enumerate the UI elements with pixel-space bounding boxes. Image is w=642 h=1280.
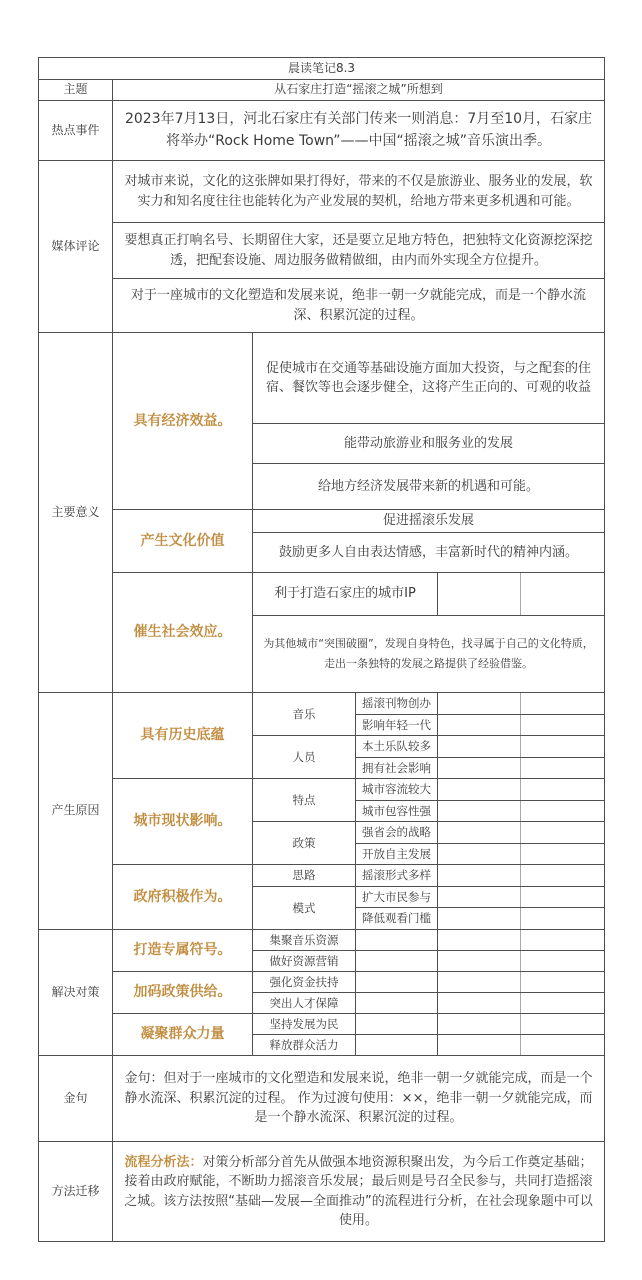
cause-subcategory: 思路 bbox=[253, 865, 356, 887]
empty-cell bbox=[438, 693, 521, 715]
solution-item: 集聚音乐资源 bbox=[253, 930, 356, 951]
cause-heading-history: 具有历史底蕴 bbox=[113, 693, 253, 779]
empty-cell bbox=[438, 844, 521, 865]
table-row: 解决对策 打造专属符号。 集聚音乐资源 bbox=[39, 930, 605, 951]
significance-heading-economic: 具有经济效益。 bbox=[113, 333, 253, 510]
row-label-method-transfer: 方法迁移 bbox=[39, 1142, 113, 1242]
empty-cell bbox=[438, 758, 521, 779]
row-label-theme: 主题 bbox=[39, 80, 113, 101]
empty-cell bbox=[521, 972, 605, 993]
cause-heading-government: 政府积极作为。 bbox=[113, 865, 253, 930]
table-row: 方法迁移 流程分析法：对策分析部分首先从做强本地资源积聚出发，为今后工作奠定基础… bbox=[39, 1142, 605, 1242]
empty-cell bbox=[521, 801, 605, 822]
cause-subcategory: 特点 bbox=[253, 779, 356, 822]
table-row: 媒体评论 对城市来说，文化的这张牌如果打得好，带来的不仅是旅游业、服务业的发展，… bbox=[39, 161, 605, 223]
empty-cell bbox=[438, 1014, 521, 1035]
empty-cell bbox=[438, 908, 521, 930]
empty-cell bbox=[521, 1035, 605, 1056]
table-row: 催生社会效应。 利于打造石家庄的城市IP bbox=[39, 573, 605, 616]
empty-cell bbox=[356, 972, 438, 993]
cause-item: 摇滚刊物创办 bbox=[356, 693, 438, 715]
empty-cell bbox=[438, 951, 521, 972]
cause-item: 开放自主发展 bbox=[356, 844, 438, 865]
media-comment: 对于一座城市的文化塑造和发展来说，绝非一朝一夕就能完成，而是一个静水流深、积累沉… bbox=[113, 279, 605, 333]
cause-item: 降低观看门槛 bbox=[356, 908, 438, 930]
significance-item: 利于打造石家庄的城市IP bbox=[253, 573, 438, 616]
empty-cell bbox=[438, 801, 521, 822]
empty-cell bbox=[521, 993, 605, 1014]
empty-cell bbox=[438, 715, 521, 736]
table-row: 城市现状影响。 特点 城市容流较大 bbox=[39, 779, 605, 801]
empty-cell bbox=[438, 779, 521, 801]
empty-cell bbox=[521, 779, 605, 801]
media-comment: 对城市来说，文化的这张牌如果打得好，带来的不仅是旅游业、服务业的发展，软实力和知… bbox=[113, 161, 605, 223]
empty-cell bbox=[356, 1014, 438, 1035]
cause-item: 城市包容性强 bbox=[356, 801, 438, 822]
empty-cell bbox=[521, 822, 605, 844]
cause-item: 强省会的战略 bbox=[356, 822, 438, 844]
cause-heading-city-status: 城市现状影响。 bbox=[113, 779, 253, 865]
cause-subcategory: 模式 bbox=[253, 887, 356, 930]
empty-cell bbox=[521, 930, 605, 951]
hot-event-value: 2023年7月13日，河北石家庄有关部门传来一则消息：7月至10月，石家庄将举办… bbox=[113, 101, 605, 161]
solution-item: 释放群众活力 bbox=[253, 1035, 356, 1056]
significance-item: 给地方经济发展带来新的机遇和可能。 bbox=[253, 464, 605, 510]
cause-item: 城市容流较大 bbox=[356, 779, 438, 801]
empty-cell bbox=[521, 693, 605, 715]
solution-item: 坚持发展为民 bbox=[253, 1014, 356, 1035]
page-title: 晨读笔记8.3 bbox=[39, 58, 605, 80]
row-label-causes: 产生原因 bbox=[39, 693, 113, 930]
empty-cell bbox=[438, 865, 521, 887]
media-comment: 要想真正打响名号、长期留住大家，还是要立足地方特色，把独特文化资源挖深挖透，把配… bbox=[113, 223, 605, 279]
cause-subcategory: 音乐 bbox=[253, 693, 356, 736]
empty-cell bbox=[438, 993, 521, 1014]
significance-item: 促进摇滚乐发展 bbox=[253, 510, 605, 533]
cause-item: 影响年轻一代 bbox=[356, 715, 438, 736]
table-row: 凝聚群众力量 坚持发展为民 bbox=[39, 1014, 605, 1035]
empty-cell bbox=[438, 822, 521, 844]
row-label-hot-event: 热点事件 bbox=[39, 101, 113, 161]
empty-cell bbox=[356, 930, 438, 951]
notes-sheet: 晨读笔记8.3 主题 从石家庄打造“摇滚之城”所想到 热点事件 2023年7月1… bbox=[38, 57, 605, 1242]
empty-cell bbox=[438, 1035, 521, 1056]
solution-heading-policy: 加码政策供给。 bbox=[113, 972, 253, 1014]
table-row: 产生文化价值 促进摇滚乐发展 bbox=[39, 510, 605, 533]
row-label-solutions: 解决对策 bbox=[39, 930, 113, 1056]
solution-item: 做好资源营销 bbox=[253, 951, 356, 972]
table-row: 主题 从石家庄打造“摇滚之城”所想到 bbox=[39, 80, 605, 101]
empty-cell bbox=[521, 758, 605, 779]
cause-item: 摇滚形式多样 bbox=[356, 865, 438, 887]
table-row: 热点事件 2023年7月13日，河北石家庄有关部门传来一则消息：7月至10月，石… bbox=[39, 101, 605, 161]
cause-item: 本土乐队较多 bbox=[356, 736, 438, 758]
significance-item: 鼓励更多人自由表达情感，丰富新时代的精神内涵。 bbox=[253, 533, 605, 573]
row-label-significance: 主要意义 bbox=[39, 333, 113, 693]
empty-cell bbox=[521, 865, 605, 887]
empty-cell bbox=[521, 844, 605, 865]
table-row: 政府积极作为。 思路 摇滚形式多样 bbox=[39, 865, 605, 887]
significance-heading-social: 催生社会效应。 bbox=[113, 573, 253, 693]
empty-cell bbox=[356, 951, 438, 972]
row-label-golden-sentence: 金句 bbox=[39, 1056, 113, 1142]
empty-cell bbox=[438, 887, 521, 908]
table-row: 晨读笔记8.3 bbox=[39, 58, 605, 80]
table-row: 加码政策供给。 强化资金扶持 bbox=[39, 972, 605, 993]
cause-subcategory: 政策 bbox=[253, 822, 356, 865]
empty-cell bbox=[356, 993, 438, 1014]
significance-item: 能带动旅游业和服务业的发展 bbox=[253, 424, 605, 464]
empty-cell bbox=[521, 736, 605, 758]
significance-item: 为其他城市“突围破圈”，发现自身特色，找寻属于自己的文化特质，走出一条独特的发展… bbox=[253, 616, 605, 693]
method-transfer-value: 流程分析法：对策分析部分首先从做强本地资源积聚出发，为今后工作奠定基础；接着由政… bbox=[113, 1142, 605, 1242]
solution-item: 突出人才保障 bbox=[253, 993, 356, 1014]
empty-cell bbox=[521, 573, 605, 616]
row-label-media-comments: 媒体评论 bbox=[39, 161, 113, 333]
significance-heading-cultural: 产生文化价值 bbox=[113, 510, 253, 573]
solution-heading-symbol: 打造专属符号。 bbox=[113, 930, 253, 972]
table-row: 要想真正打响名号、长期留住大家，还是要立足地方特色，把独特文化资源挖深挖透，把配… bbox=[39, 223, 605, 279]
empty-cell bbox=[521, 908, 605, 930]
empty-cell bbox=[438, 736, 521, 758]
empty-cell bbox=[438, 573, 521, 616]
table-row: 对于一座城市的文化塑造和发展来说，绝非一朝一夕就能完成，而是一个静水流深、积累沉… bbox=[39, 279, 605, 333]
cause-item: 拥有社会影响 bbox=[356, 758, 438, 779]
empty-cell bbox=[438, 930, 521, 951]
method-heading: 流程分析法： bbox=[125, 1155, 203, 1170]
solution-heading-masses: 凝聚群众力量 bbox=[113, 1014, 253, 1056]
cause-subcategory: 人员 bbox=[253, 736, 356, 779]
empty-cell bbox=[438, 972, 521, 993]
empty-cell bbox=[521, 951, 605, 972]
table-row: 主要意义 具有经济效益。 促使城市在交通等基础设施方面加大投资，与之配套的住宿、… bbox=[39, 333, 605, 424]
table-row: 产生原因 具有历史底蕴 音乐 摇滚刊物创办 bbox=[39, 693, 605, 715]
notes-table: 晨读笔记8.3 主题 从石家庄打造“摇滚之城”所想到 热点事件 2023年7月1… bbox=[38, 57, 605, 1242]
empty-cell bbox=[521, 715, 605, 736]
solution-item: 强化资金扶持 bbox=[253, 972, 356, 993]
empty-cell bbox=[356, 1035, 438, 1056]
theme-value: 从石家庄打造“摇滚之城”所想到 bbox=[113, 80, 605, 101]
empty-cell bbox=[521, 887, 605, 908]
cause-item: 扩大市民参与 bbox=[356, 887, 438, 908]
golden-sentence-value: 金句：但对于一座城市的文化塑造和发展来说，绝非一朝一夕就能完成，而是一个静水流深… bbox=[113, 1056, 605, 1142]
table-row: 金句 金句：但对于一座城市的文化塑造和发展来说，绝非一朝一夕就能完成，而是一个静… bbox=[39, 1056, 605, 1142]
significance-item: 促使城市在交通等基础设施方面加大投资，与之配套的住宿、餐饮等也会逐步健全，这将产… bbox=[253, 333, 605, 424]
empty-cell bbox=[521, 1014, 605, 1035]
